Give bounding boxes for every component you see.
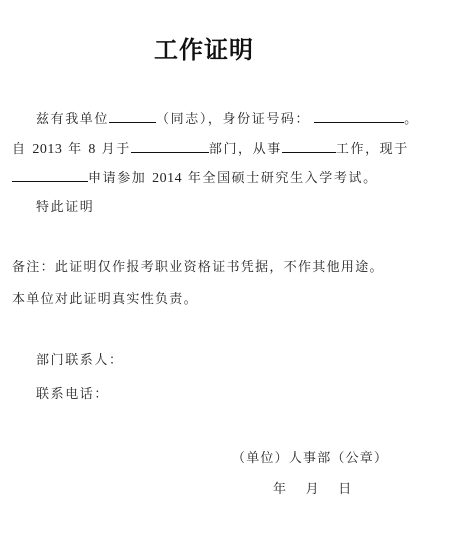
note-line-1: 备注：此证明仅作报考职业资格证书凭据，不作其他用途。 (12, 259, 384, 277)
seal-line: （单位）人事部（公章） (232, 450, 388, 468)
month-unit: 月于 (102, 142, 131, 157)
line1-id-label: （同志），身份证号码： (156, 112, 310, 127)
line3-prefix: 申请参加 (88, 171, 146, 186)
id-number-blank[interactable] (314, 108, 404, 123)
page-title: 工作证明 (154, 30, 254, 65)
year-unit: 年 (68, 142, 83, 157)
phone-label: 联系电话： (36, 386, 109, 404)
date-year-label: 年 (273, 482, 288, 497)
line2-prefix: 自 (12, 142, 27, 157)
body-line-2: 自 2013 年 8 月于部门，从事工作，现于 (12, 138, 409, 159)
note-line-2: 本单位对此证明真实性负责。 (12, 291, 198, 309)
name-blank[interactable] (109, 108, 156, 123)
body-line-1: 兹有我单位（同志），身份证号码：。 (36, 108, 419, 129)
department-blank[interactable] (131, 138, 209, 153)
start-month: 8 (88, 142, 96, 157)
line1-prefix: 兹有我单位 (36, 112, 109, 127)
department-contact-label: 部门联系人： (36, 352, 124, 370)
line3-suffix: 年全国硕士研究生入学考试。 (188, 171, 378, 186)
start-year: 2013 (32, 142, 62, 157)
current-unit-blank[interactable] (12, 167, 88, 182)
body-line-4: 特此证明 (36, 199, 94, 217)
line2-job-label: 部门，从事 (209, 142, 282, 157)
line1-end: 。 (404, 112, 419, 127)
body-line-3: 申请参加 2014 年全国硕士研究生入学考试。 (12, 167, 378, 188)
date-day-label: 日 (338, 482, 353, 497)
line2-end: 工作，现于 (336, 142, 409, 157)
date-line: 年月日 (273, 481, 353, 499)
job-blank[interactable] (282, 138, 336, 153)
date-month-label: 月 (306, 482, 321, 497)
exam-year: 2014 (152, 171, 182, 186)
